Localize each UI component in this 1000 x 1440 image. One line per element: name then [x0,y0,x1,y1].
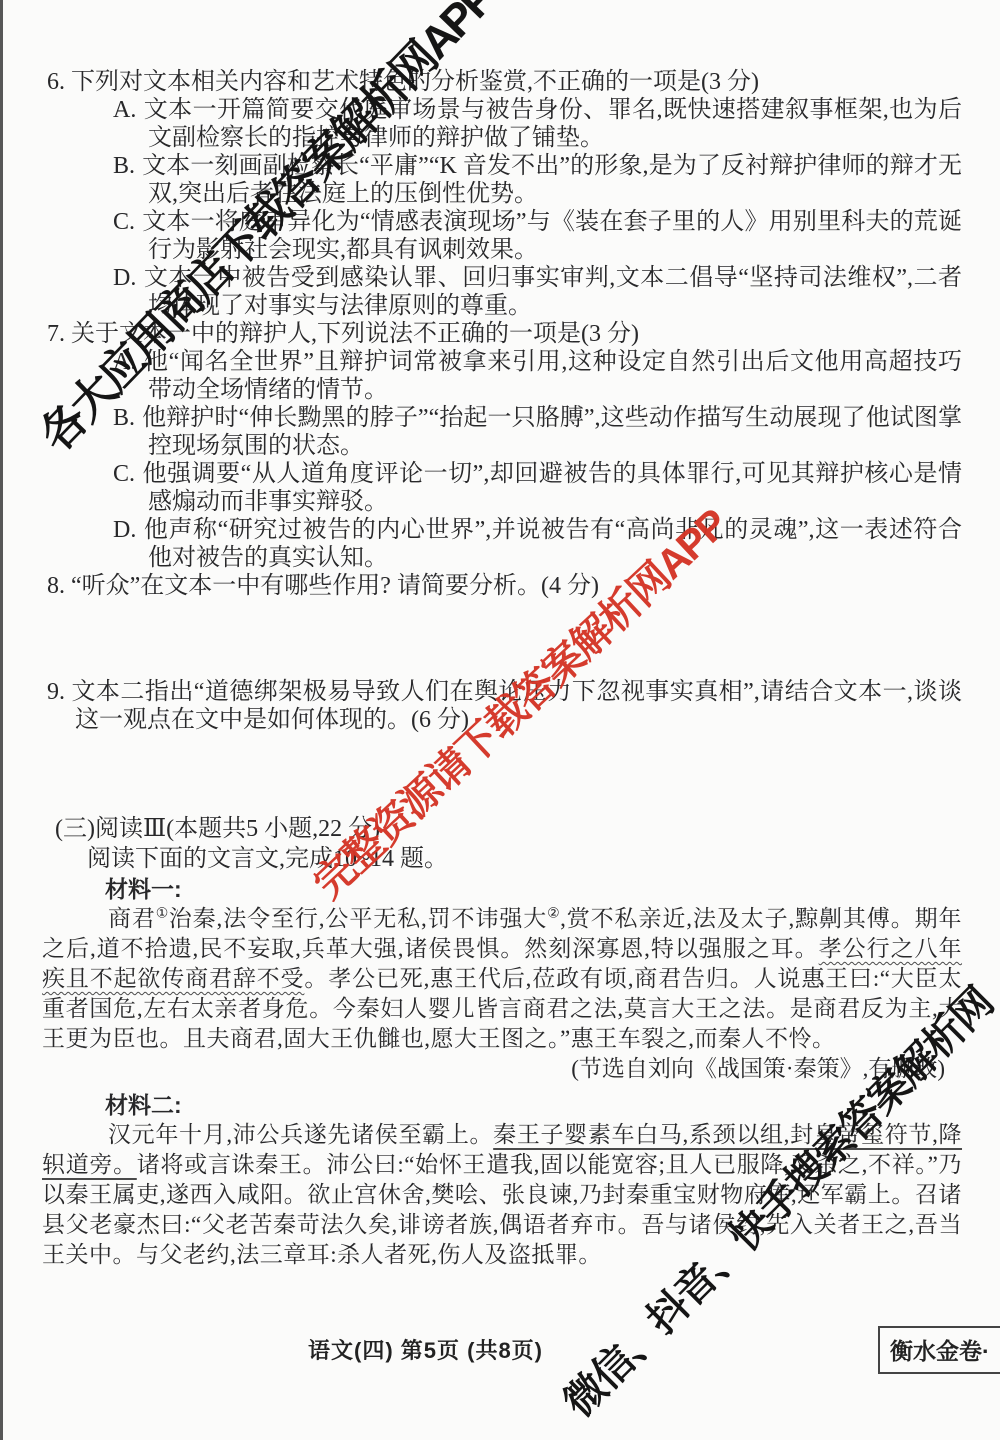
option-text: 文本一刻画副检察长“平庸”“K 音发不出”的形象,是为了反衬辩护律师的辩才无双,… [142,153,962,207]
question-7-option-a: A.他“闻名全世界”且辩护词常被拿来引用,这种设定自然引出后文他用高超技巧带动全… [0,348,1000,404]
option-label: B. [113,405,135,431]
passage-segment: 。孝公已死,惠王代后,莅政有顷,商君告归。人 [304,966,777,991]
question-6: 6.下列对文本相关内容和艺术特色的分析鉴赏,不正确的一项是(3 分) A.文本一… [0,68,1000,320]
question-8-stem: “听众”在文本一中有哪些作用? 请简要分析。(4 分) [71,573,599,599]
question-9-stem-line: 9.文本二指出“道德绑架极易导致人们在舆论压力下忽视事实真相”,请结合文本一,谈… [0,678,1000,734]
question-7-number: 7. [47,321,65,347]
material-1-passage: 商君①治秦,法令至行,公平无私,罚不讳强大②,赏不私亲近,法及太子,黥劓其傅。期… [42,904,962,1054]
passage-segment: 商君 [108,906,156,931]
passage-segment: 汉元年十月,沛公兵遂先诸侯至霸上。 [108,1122,493,1147]
question-7-stem-line: 7.关于文本一中的辩护人,下列说法不正确的一项是(3 分) [0,320,1000,348]
question-6-option-a: A.文本一开篇简要交代庭审场景与被告身份、罪名,既快速搭建叙事框架,也为后文副检… [0,96,1000,152]
option-label: C. [113,209,135,235]
option-text: 他辩护时“伸长黝黑的脖子”“抬起一只胳膊”,这些动作描写生动展现了他试图掌控现场… [142,405,962,459]
passage-segment-sup: ② [547,906,560,921]
question-7-stem: 关于文本一中的辩护人,下列说法不正确的一项是(3 分) [71,321,639,347]
footer-edition-box: 衡水金卷· [878,1326,1000,1374]
option-label: B. [113,153,135,179]
option-text: 文本一开篇简要交代庭审场景与被告身份、罪名,既快速搭建叙事框架,也为后文副检察长… [143,97,962,151]
section-3-heading: (三)阅读Ⅲ(本题共5 小题,22 分) [0,814,1000,844]
question-7-option-d: D.他声称“研究过被告的内心世界”,并说被告有“高尚非凡的灵魂”,这一表述符合他… [0,516,1000,572]
option-text: 他强调要“从人道角度评论一切”,却回避被告的具体罪行,可见其辩护核心是情感煽动而… [142,461,962,515]
option-label: A. [113,349,136,375]
question-6-option-d: D.文本一中被告受到感染认罪、回归事实审判,文本二倡导“坚持司法维权”,二者均体… [0,264,1000,320]
option-text: 文本一将庭审异化为“情感表演现场”与《装在套子里的人》用别里科夫的荒诞行为影射社… [142,209,962,263]
question-7-option-c: C.他强调要“从人道角度评论一切”,却回避被告的具体罪行,可见其辩护核心是情感煽… [0,460,1000,516]
option-text: 他“闻名全世界”且辩护词常被拿来引用,这种设定自然引出后文他用高超技巧带动全场情… [143,349,962,403]
question-9: 9.文本二指出“道德绑架极易导致人们在舆论压力下忽视事实真相”,请结合文本一,谈… [0,678,1000,734]
question-6-option-c: C.文本一将庭审异化为“情感表演现场”与《装在套子里的人》用别里科夫的荒诞行为影… [0,208,1000,264]
passage-segment: 诸将或言诛秦王。沛公曰:“始怀王遣我,固以能宽容;且人已服降,又杀之,不祥。”乃… [42,1152,962,1267]
footer-page-info: 语文(四) 第5页 (共8页) [308,1334,543,1365]
option-text: 他声称“研究过被告的内心世界”,并说被告有“高尚非凡的灵魂”,这一表述符合他对被… [143,517,962,571]
question-7-option-b: B.他辩护时“伸长黝黑的脖子”“抬起一只胳膊”,这些动作描写生动展现了他试图掌控… [0,404,1000,460]
exam-paper-page: 6.下列对文本相关内容和艺术特色的分析鉴赏,不正确的一项是(3 分) A.文本一… [0,0,1000,1440]
option-label: C. [113,461,135,487]
question-6-stem: 下列对文本相关内容和艺术特色的分析鉴赏,不正确的一项是(3 分) [71,69,759,95]
option-label: D. [113,517,136,543]
question-9-stem: 文本二指出“道德绑架极易导致人们在舆论压力下忽视事实真相”,请结合文本一,谈谈这… [71,679,962,733]
material-1-label: 材料一: [0,874,1000,904]
section-3: (三)阅读Ⅲ(本题共5 小题,22 分) 阅读下面的文言文,完成10~14 题。… [0,814,1000,1270]
question-6-option-b: B.文本一刻画副检察长“平庸”“K 音发不出”的形象,是为了反衬辩护律师的辩才无… [0,152,1000,208]
question-6-stem-line: 6.下列对文本相关内容和艺术特色的分析鉴赏,不正确的一项是(3 分) [0,68,1000,96]
question-9-number: 9. [47,679,65,705]
material-2-label: 材料二: [0,1090,1000,1120]
question-8: 8.“听众”在文本一中有哪些作用? 请简要分析。(4 分) [0,572,1000,600]
passage-segment-dot: 说 [777,966,801,991]
passage-segment: 治秦,法令至行,公平无私,罚不讳强大 [169,906,547,931]
question-7: 7.关于文本一中的辩护人,下列说法不正确的一项是(3 分) A.他“闻名全世界”… [0,320,1000,572]
option-label: D. [113,265,136,291]
page-content: 6.下列对文本相关内容和艺术特色的分析鉴赏,不正确的一项是(3 分) A.文本一… [0,0,1000,1440]
question-8-stem-line: 8.“听众”在文本一中有哪些作用? 请简要分析。(4 分) [0,572,1000,600]
question-8-number: 8. [47,573,65,599]
section-3-intro: 阅读下面的文言文,完成10~14 题。 [0,844,1000,874]
option-label: A. [113,97,136,123]
material-2-passage: 汉元年十月,沛公兵遂先诸侯至霸上。秦王子婴素车白马,系颈以组,封皇帝玺符节,降轵… [42,1120,962,1270]
passage-segment-sup: ① [156,906,169,921]
question-6-number: 6. [47,69,65,95]
option-text: 文本一中被告受到感染认罪、回归事实审判,文本二倡导“坚持司法维权”,二者均体现了… [143,265,962,319]
material-1-source: (节选自刘向《战国策·秦策》,有删改) [0,1054,1000,1084]
